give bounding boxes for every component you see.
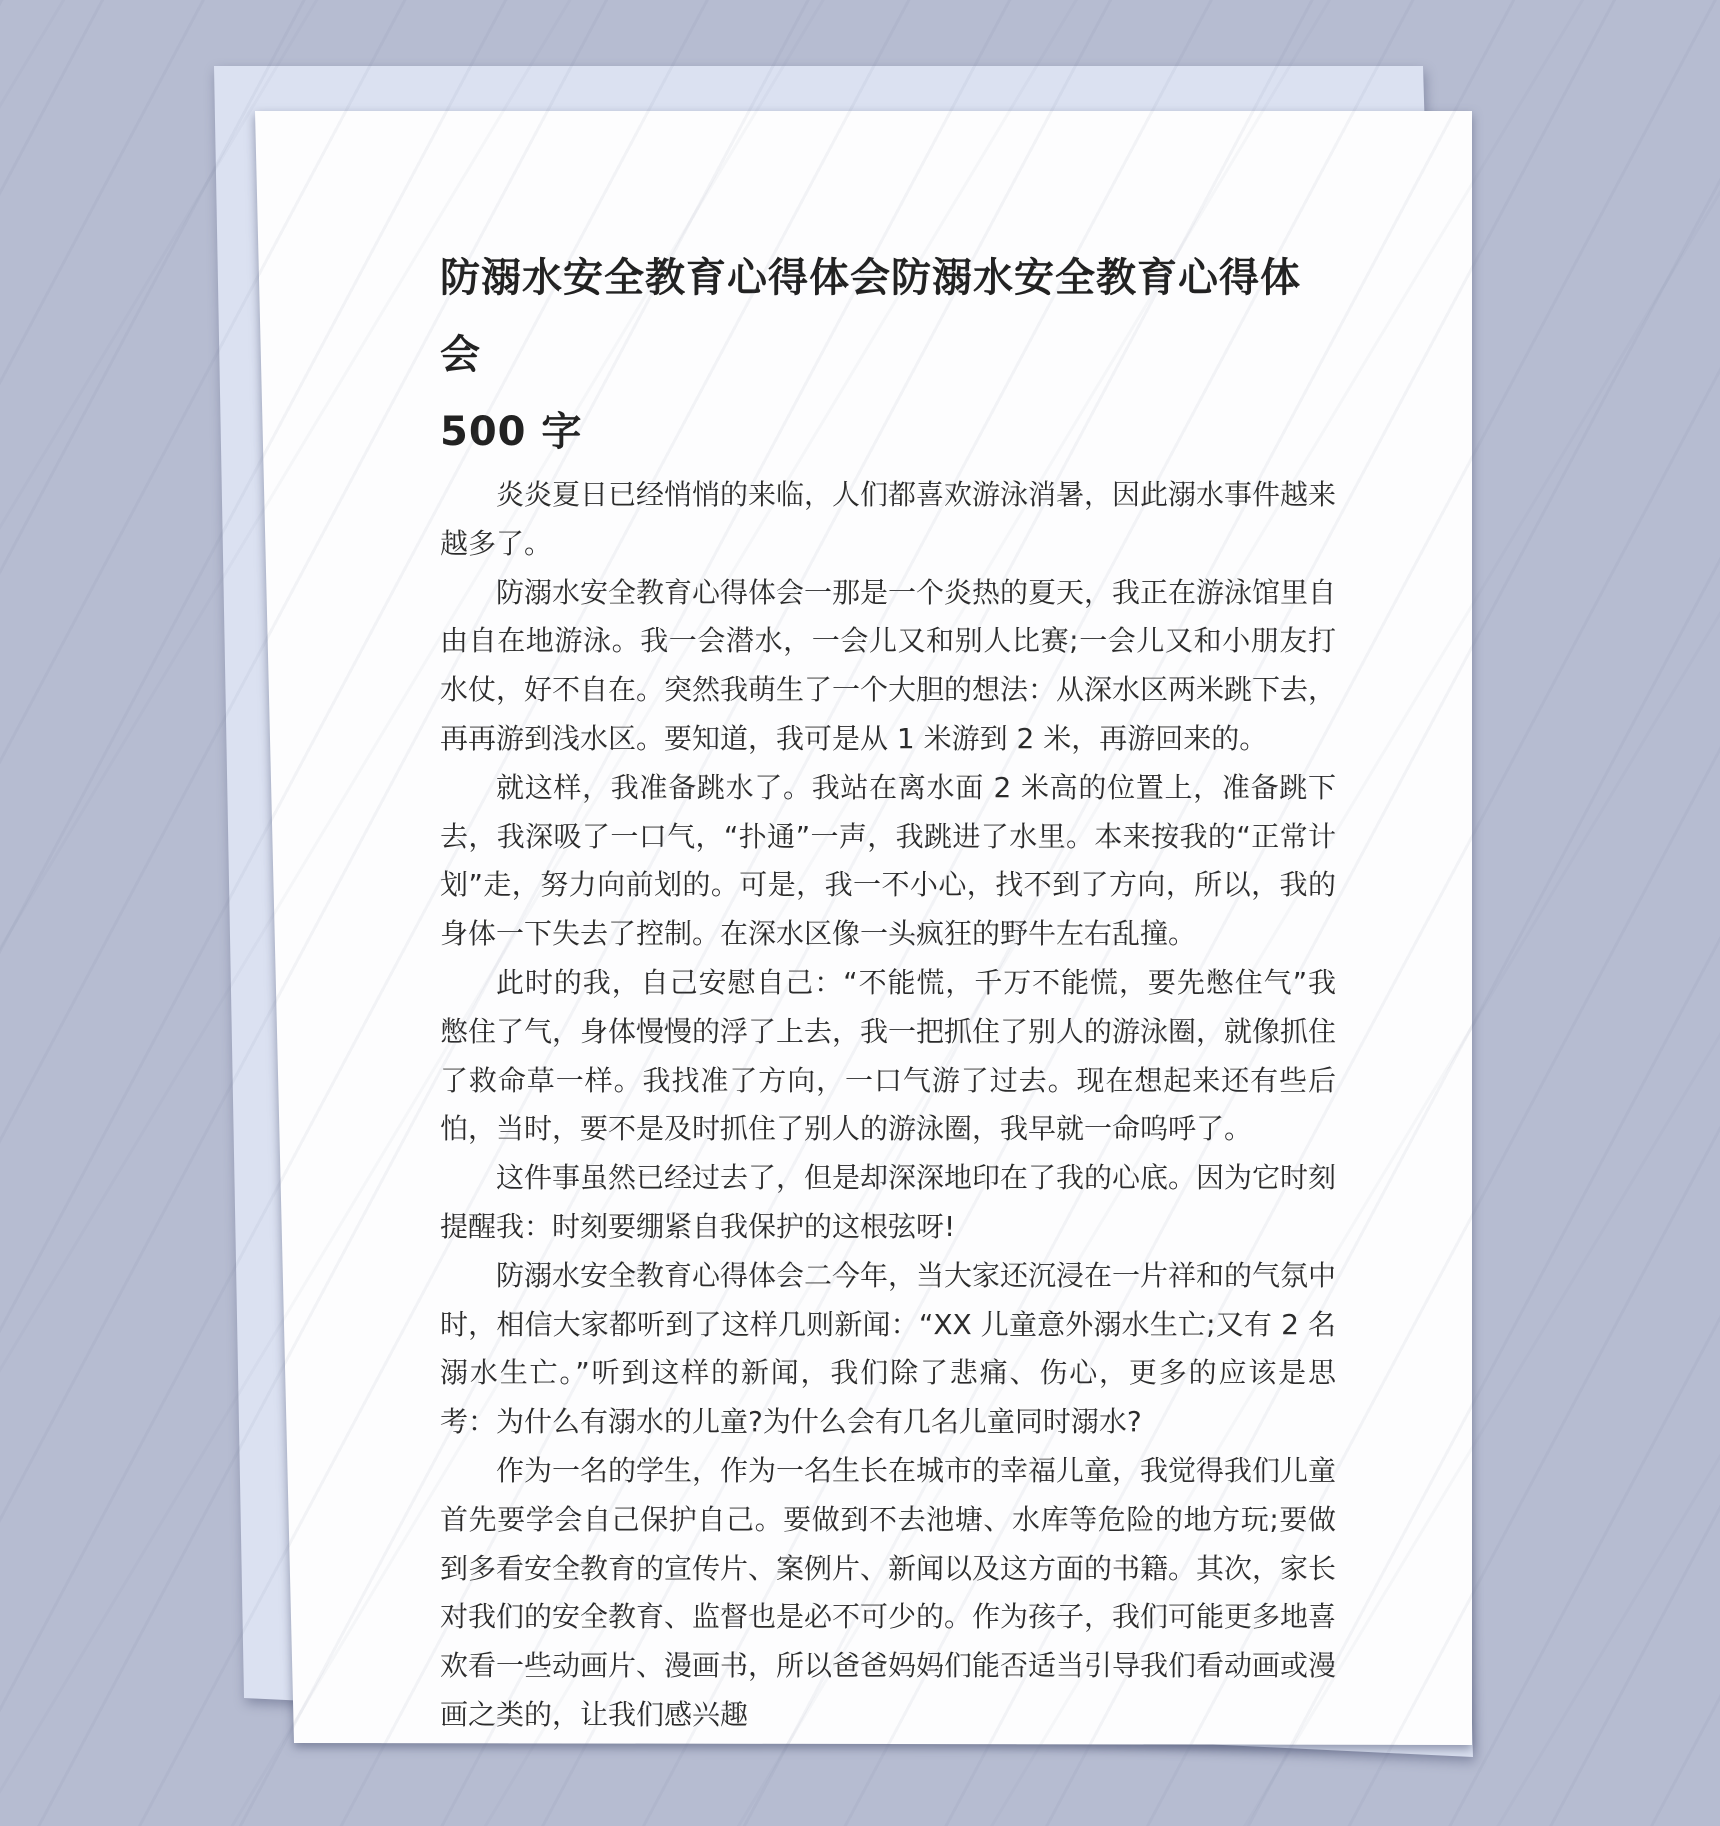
- essay-paragraph: 作为一名的学生，作为一名生长在城市的幸福儿童，我觉得我们儿童首先要学会自己保护自…: [440, 1447, 1336, 1740]
- document-title: 防溺水安全教育心得体会防溺水安全教育心得体会 500 字: [440, 240, 1336, 471]
- essay-paragraph: 这件事虽然已经过去了，但是却深深地印在了我的心底。因为它时刻提醒我：时刻要绷紧自…: [440, 1154, 1336, 1252]
- document-content: 防溺水安全教育心得体会防溺水安全教育心得体会 500 字 炎炎夏日已经悄悄的来临…: [440, 240, 1336, 1740]
- document-title-line-1: 防溺水安全教育心得体会防溺水安全教育心得体会: [440, 240, 1336, 394]
- essay-paragraph: 防溺水安全教育心得体会二今年，当大家还沉浸在一片祥和的气氛中时，相信大家都听到了…: [440, 1252, 1336, 1447]
- essay-paragraph: 此时的我，自己安慰自己：“不能慌，千万不能慌，要先憋住气”我憋住了气，身体慢慢的…: [440, 959, 1336, 1154]
- document-title-line-2: 500 字: [440, 394, 1336, 471]
- essay-paragraph: 就这样，我准备跳水了。我站在离水面 2 米高的位置上，准备跳下去，我深吸了一口气…: [440, 764, 1336, 959]
- document-preview-stage: 防溺水安全教育心得体会防溺水安全教育心得体会 500 字 炎炎夏日已经悄悄的来临…: [0, 0, 1720, 1826]
- essay-paragraph: 防溺水安全教育心得体会一那是一个炎热的夏天，我正在游泳馆里自由自在地游泳。我一会…: [440, 569, 1336, 764]
- essay-paragraph: 炎炎夏日已经悄悄的来临，人们都喜欢游泳消暑，因此溺水事件越来越多了。: [440, 471, 1336, 569]
